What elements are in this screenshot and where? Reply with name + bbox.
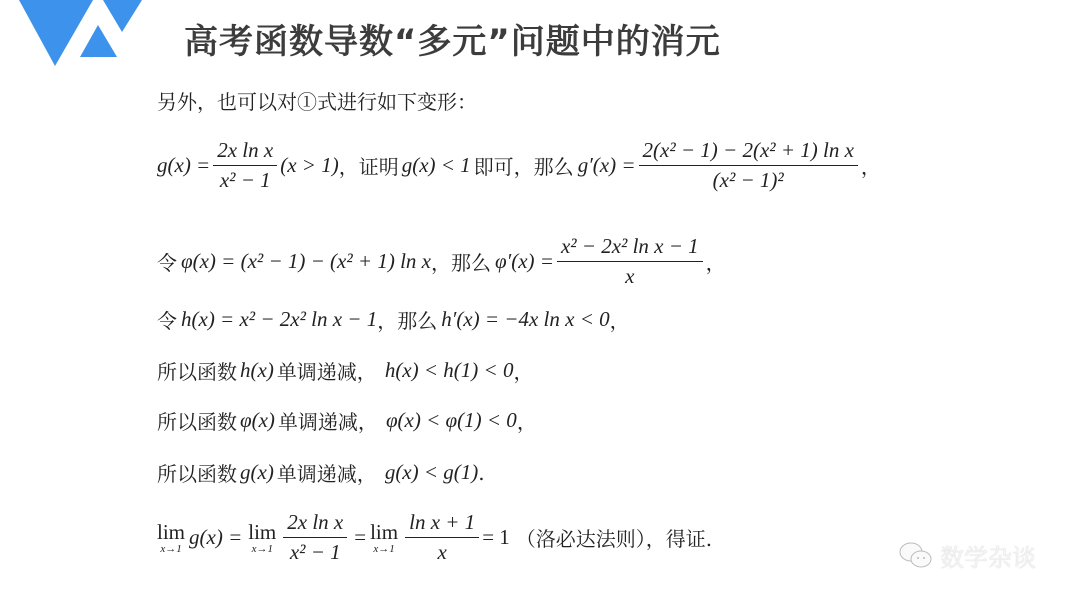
formula-line-2: 令 φ(x) = (x² − 1) − (x² + 1) ln x ，那么 φ′… <box>157 234 726 289</box>
formula-line-4: 所以函数 h(x) 单调递减， h(x) < h(1) < 0 ， <box>157 356 533 385</box>
equals-sign: = <box>354 525 366 550</box>
lim-term-1: g(x) = <box>189 525 242 550</box>
lim-word: lim <box>248 520 276 545</box>
claim: g(x) < 1 <box>402 153 471 178</box>
g-denominator: x² − 1 <box>216 166 275 193</box>
lim-result: = 1 <box>482 525 510 550</box>
limit-1: lim x→1 <box>157 520 185 555</box>
formula-line-6: 所以函数 g(x) 单调递减， g(x) < g(1) . <box>157 458 485 487</box>
let-label: 令 <box>157 247 177 276</box>
punct: ， <box>706 247 726 276</box>
phi-def: φ(x) = (x² − 1) − (x² + 1) ln x <box>181 249 431 274</box>
function-g: g(x) <box>240 460 274 485</box>
lim-num-2: 2x ln x <box>283 510 347 538</box>
punct: . <box>478 461 484 485</box>
lim-den-2: x² − 1 <box>286 538 345 565</box>
gprime-numerator: 2(x² − 1) − 2(x² + 1) ln x <box>639 138 858 166</box>
g-fraction: 2x ln x x² − 1 <box>213 138 277 193</box>
brand-logo <box>0 0 150 75</box>
h-def: h(x) = x² − 2x² ln x − 1 <box>181 307 377 332</box>
phiprime-denominator: x <box>621 262 638 289</box>
function-h: h(x) <box>240 358 274 383</box>
gprime-fraction: 2(x² − 1) − 2(x² + 1) ln x (x² − 1)² <box>639 138 858 193</box>
phiprime-fraction: x² − 2x² ln x − 1 x <box>557 234 703 289</box>
inequality-phi: φ(x) < φ(1) < 0 <box>386 408 517 433</box>
limit-3: lim x→1 <box>370 520 398 555</box>
lim-word: lim <box>370 520 398 545</box>
text-decreasing: 单调递减， <box>278 406 378 435</box>
punct: ， <box>517 406 537 435</box>
g-def-lhs: g(x) = <box>157 153 210 178</box>
punct: ， <box>513 356 533 385</box>
text-then: 即可，那么 <box>474 151 574 180</box>
g-numerator: 2x ln x <box>213 138 277 166</box>
page-title: 高考函数导数“多元”问题中的消元 <box>184 14 721 63</box>
function-phi: φ(x) <box>240 408 275 433</box>
text-so: 所以函数 <box>157 458 237 487</box>
text-prove: ，证明 <box>339 151 399 180</box>
text-then: ，那么 <box>431 247 491 276</box>
text-then: ，那么 <box>377 305 437 334</box>
formula-line-3: 令 h(x) = x² − 2x² ln x − 1 ，那么 h′(x) = −… <box>157 305 630 334</box>
lim-word: lim <box>157 520 185 545</box>
lim-num-3: ln x + 1 <box>405 510 479 538</box>
text-so: 所以函数 <box>157 406 237 435</box>
gprime-denominator: (x² − 1)² <box>709 166 788 193</box>
punct: ， <box>861 151 881 180</box>
lim-sub: x→1 <box>252 543 273 555</box>
text-decreasing: 单调递减， <box>277 356 377 385</box>
punct: ， <box>610 305 630 334</box>
formula-line-1: g(x) = 2x ln x x² − 1 (x > 1) ，证明 g(x) <… <box>157 138 881 193</box>
text-decreasing: 单调递减， <box>277 458 377 487</box>
intro-label: 另外，也可以对①式进行如下变形： <box>157 86 477 115</box>
phiprime-numerator: x² − 2x² ln x − 1 <box>557 234 703 262</box>
lim-den-3: x <box>433 538 450 565</box>
phiprime-lhs: φ′(x) = <box>495 249 554 274</box>
lim-sub: x→1 <box>160 543 181 555</box>
g-condition: (x > 1) <box>280 153 338 178</box>
lim-sub: x→1 <box>373 543 394 555</box>
limit-2: lim x→1 <box>248 520 276 555</box>
hprime-def: h′(x) = −4x ln x < 0 <box>441 307 609 332</box>
watermark: 数学杂谈 <box>898 538 1036 573</box>
watermark-text: 数学杂谈 <box>940 538 1036 573</box>
inequality-h: h(x) < h(1) < 0 <box>385 358 514 383</box>
lhopital-note: （洛必达法则），得证. <box>516 523 712 552</box>
gprime-lhs: g′(x) = <box>578 153 636 178</box>
lim-fraction-3: ln x + 1 x <box>405 510 479 565</box>
wechat-icon <box>898 541 934 571</box>
let-label: 令 <box>157 305 177 334</box>
inequality-g: g(x) < g(1) <box>385 460 478 485</box>
intro-text: 另外，也可以对①式进行如下变形： <box>157 86 477 115</box>
formula-line-7: lim x→1 g(x) = lim x→1 2x ln x x² − 1 = … <box>157 510 712 565</box>
formula-line-5: 所以函数 φ(x) 单调递减， φ(x) < φ(1) < 0 ， <box>157 406 537 435</box>
lim-fraction-2: 2x ln x x² − 1 <box>283 510 347 565</box>
text-so: 所以函数 <box>157 356 237 385</box>
